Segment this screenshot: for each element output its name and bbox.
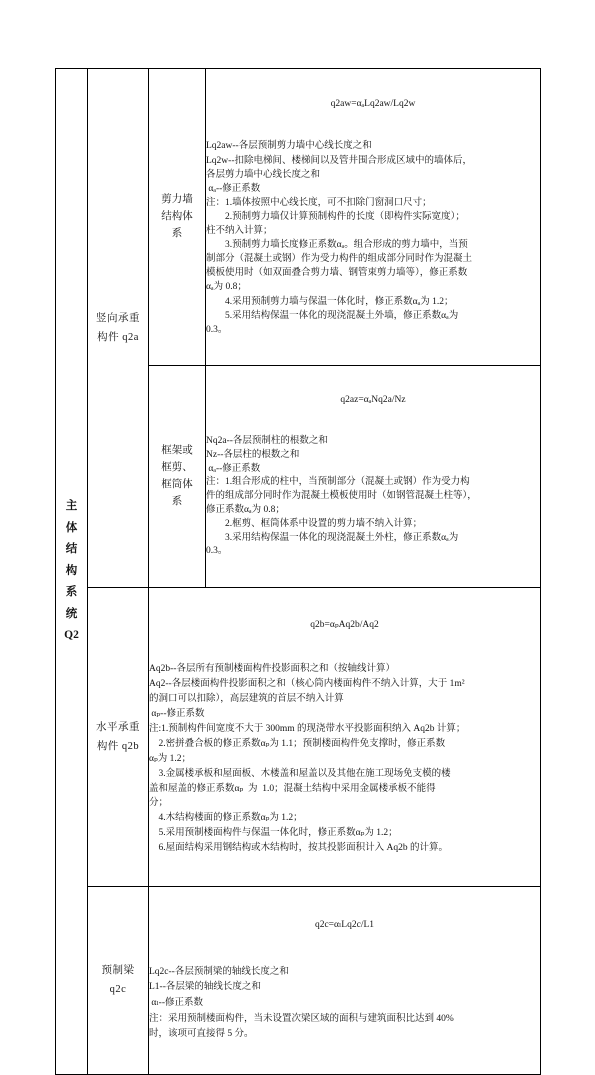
text-line: 竖向承重 (88, 309, 148, 328)
text-line: 统 (56, 604, 87, 626)
text-line: Lq2c--各层预制梁的轴线长度之和 (149, 965, 540, 981)
text-line: 水平承重 (88, 718, 148, 737)
cell-shear-wall-rules: q2aw=αₐLq2aw/Lq2w Lq2aw--各层预制剪力墙中心线长度之和L… (206, 69, 541, 366)
formula-q2b: q2b=αₚAq2b/Aq2 (149, 618, 540, 633)
text-line: αₐ--修正系数 (206, 463, 540, 477)
text-line: 系 (149, 225, 205, 242)
text-line: q2c (88, 980, 148, 999)
text-line: 系 (56, 582, 87, 604)
text-line: 盖和屋盖的修正系数αₚ 为 1.0；混凝土结构中采用金属楼承板不能得 (149, 782, 540, 797)
text-line: Nq2a--各层预制柱的根数之和 (206, 435, 540, 449)
text-line: 柱不纳入计算； (206, 224, 540, 238)
text-line: Lq2w--扣除电梯间、楼梯间以及管井围合形成区域中的墙体后， (206, 154, 540, 168)
text-line: 时，该项可直接得 5 分。 (149, 1027, 540, 1043)
text-line: αₚ--修正系数 (149, 707, 540, 722)
cell-precast-beam-rules: q2c=αₗLq2c/L1 Lq2c--各层预制梁的轴线长度之和L1--各层梁的… (149, 886, 541, 1074)
text-line: 6.屋面结构采用钢结构或木结构时，按其投影面积计入 Aq2b 的计算。 (149, 841, 540, 856)
text-line: 框筒体 (149, 476, 205, 493)
text-line: 框架或 (149, 442, 205, 459)
text-line: αₐ为 0.8； (206, 280, 540, 294)
text-line: 构件 q2b (88, 737, 148, 756)
text-line: 3.预制剪力墙长度修正系数αₐ。组合形成的剪力墙中，当预 (206, 238, 540, 252)
formula-q2c: q2c=αₗLq2c/L1 (149, 918, 540, 934)
text-line: 各层剪力墙中心线长度之和 (206, 168, 540, 182)
text-line: 框剪、 (149, 459, 205, 476)
formula-q2az: q2az=αₐNq2a/Nz (206, 394, 540, 408)
text-line: 2.密拼叠合板的修正系数αₚ为 1.1；预制楼面构件免支撑时，修正系数 (149, 737, 540, 752)
horizontal-rule-lines: Aq2b--各层所有预制楼面构件投影面积之和（按轴线计算）Aq2--各层楼面构件… (149, 662, 540, 856)
text-line: αₚ为 1.2； (149, 752, 540, 767)
text-line: 0.3。 (206, 323, 540, 337)
text-line: 3.采用结构保温一体化的现浇混凝土外柱，修正系数αₐ为 (206, 532, 540, 546)
text-line: 2.预制剪力墙仅计算预制构件的长度（即构件实际宽度）； (206, 210, 540, 224)
text-line: 体 (56, 518, 87, 540)
q2-structure-scoring-table: 主体结构系统Q2 竖向承重构件 q2a 剪力墙结构体系 q2aw=αₐLq2aw… (55, 68, 541, 1075)
cell-category-main-structure-q2: 主体结构系统Q2 (56, 69, 88, 1075)
formula-q2aw: q2aw=αₐLq2aw/Lq2w (206, 97, 540, 111)
text-line: 分； (149, 796, 540, 811)
cell-horizontal-rules: q2b=αₚAq2b/Aq2 Aq2b--各层所有预制楼面构件投影面积之和（按轴… (149, 587, 541, 886)
text-line: 构件 q2a (88, 328, 148, 347)
text-line: 3.金属楼承板和屋面板、木楼盖和屋盖以及其他在施工现场免支模的楼 (149, 767, 540, 782)
text-line: 5.采用预制楼面构件与保温一体化时，修正系数αₚ为 1.2； (149, 826, 540, 841)
text-line: 预制梁 (88, 961, 148, 980)
text-line: 0.3。 (206, 545, 540, 559)
text-line: 修正系数αₐ为 0.8； (206, 504, 540, 518)
text-line: 模板使用时（如双面叠合剪力墙、钢管束剪力墙等），修正系数 (206, 266, 540, 280)
text-line: 4.木结构楼面的修正系数αₚ为 1.2； (149, 811, 540, 826)
cell-frame-rules: q2az=αₐNq2a/Nz Nq2a--各层预制柱的根数之和Nz--各层柱的根… (206, 365, 541, 587)
text-line: 的洞口可以扣除），高层建筑的首层不纳入计算 (149, 692, 540, 707)
text-line: 注：采用预制楼面构件，当未设置次梁区域的面积与建筑面积比达到 40% (149, 1012, 540, 1028)
cell-system-frame: 框架或框剪、框筒体系 (149, 365, 206, 587)
precast-beam-rule-lines: Lq2c--各层预制梁的轴线长度之和L1--各层梁的轴线长度之和 αₗ--修正系… (149, 965, 540, 1043)
text-line: 主 (56, 496, 87, 518)
text-line: 4.采用预制剪力墙与保温一体化时，修正系数αₐ为 1.2； (206, 295, 540, 309)
text-line: 2.框剪、框筒体系中设置的剪力墙不纳入计算； (206, 518, 540, 532)
text-line: 注:1.预制构件间宽度不大于 300mm 的现浇带水平投影面积纳入 Aq2b 计… (149, 722, 540, 737)
frame-rule-lines: Nq2a--各层预制柱的根数之和Nz--各层柱的根数之和 αₐ--修正系数注：1… (206, 435, 540, 559)
text-line: Nz--各层柱的根数之和 (206, 449, 540, 463)
text-line: 结 (56, 539, 87, 561)
text-line: Aq2--各层楼面构件投影面积之和（核心筒内楼面构件不纳入计算，大于 1m² (149, 677, 540, 692)
cell-system-shear-wall: 剪力墙结构体系 (149, 69, 206, 366)
document-page: { "colors": {"border": "#000000", "text"… (0, 0, 595, 842)
text-line: 制部分（混凝土或钢）作为受力构件的组成部分同时作为混凝土 (206, 252, 540, 266)
cell-vertical-members-q2a: 竖向承重构件 q2a (88, 69, 149, 588)
text-line: 剪力墙 (149, 191, 205, 208)
text-line: 注：1.墙体按照中心线长度，可不扣除门窗洞口尺寸； (206, 196, 540, 210)
text-line: αₗ--修正系数 (149, 996, 540, 1012)
q2-table-wrapper: 主体结构系统Q2 竖向承重构件 q2a 剪力墙结构体系 q2aw=αₐLq2aw… (55, 68, 541, 1075)
text-line: Lq2aw--各层预制剪力墙中心线长度之和 (206, 139, 540, 153)
text-line: 注：1.组合形成的柱中，当预制部分（混凝土或钢）作为受力构 (206, 476, 540, 490)
text-line: 构 (56, 561, 87, 583)
cell-precast-beam-q2c: 预制梁q2c (88, 886, 149, 1074)
text-line: Aq2b--各层所有预制楼面构件投影面积之和（按轴线计算） (149, 662, 540, 677)
text-line: 系 (149, 493, 205, 510)
text-line: 件的组成部分同时作为混凝土模板使用时（如钢管混凝土柱等）， (206, 490, 540, 504)
text-line: αₐ--修正系数 (206, 182, 540, 196)
text-line: L1--各层梁的轴线长度之和 (149, 980, 540, 996)
shear-wall-rule-lines: Lq2aw--各层预制剪力墙中心线长度之和Lq2w--扣除电梯间、楼梯间以及管井… (206, 139, 540, 336)
text-line: Q2 (56, 625, 87, 647)
cell-horizontal-members-q2b: 水平承重构件 q2b (88, 587, 149, 886)
text-line: 结构体 (149, 208, 205, 225)
text-line: 5.采用结构保温一体化的现浇混凝土外墙，修正系数αₐ为 (206, 309, 540, 323)
